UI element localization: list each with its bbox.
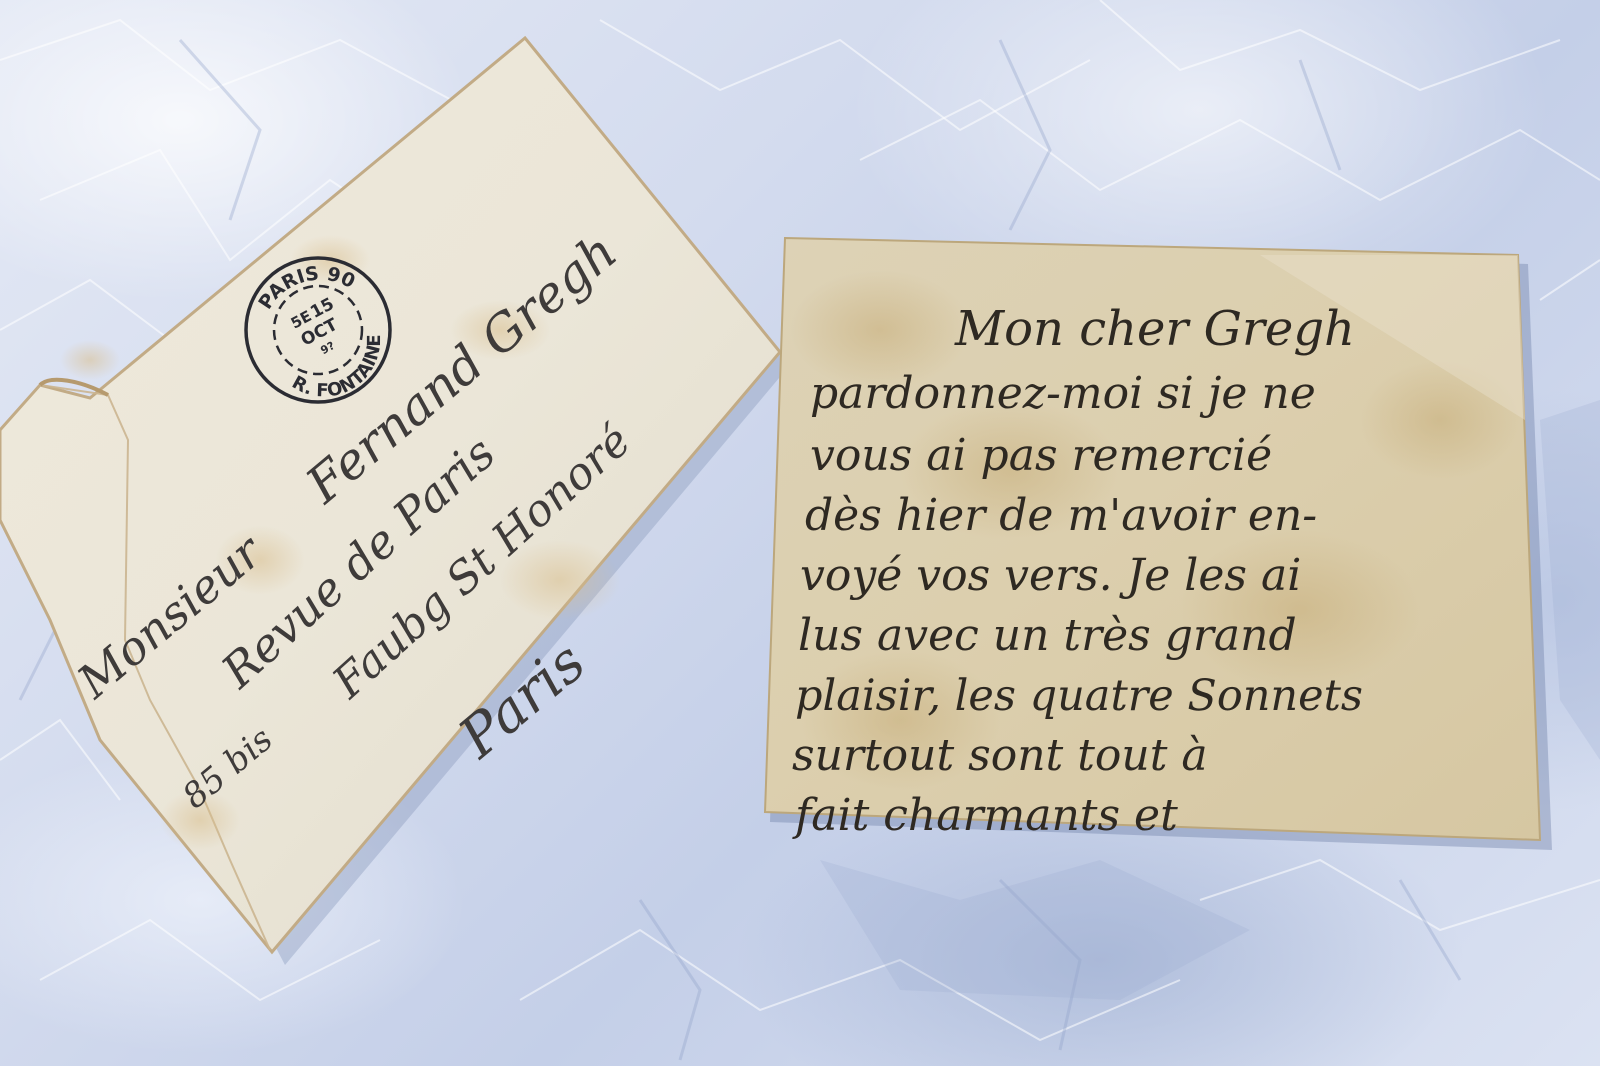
- card-line: voyé vos vers. Je les ai: [800, 550, 1301, 601]
- card-line: pardonnez-moi si je ne: [810, 368, 1316, 419]
- handwritten-card: Mon cher Gregh pardonnez-moi si je ne vo…: [0, 0, 1600, 1066]
- card-line: dès hier de m'avoir en-: [805, 490, 1317, 541]
- card-line: vous ai pas remercié: [810, 430, 1272, 481]
- card-line: Mon cher Gregh: [954, 301, 1355, 357]
- photo-scene: PARIS 90 R. FONTAINE 5E 15 OCT 9? Monsie…: [0, 0, 1600, 1066]
- card-line: plaisir, les quatre Sonnets: [795, 671, 1363, 721]
- card-line: lus avec un très grand: [798, 610, 1297, 661]
- card-line: fait charmants et: [792, 790, 1178, 841]
- card-line: surtout sont tout à: [792, 730, 1208, 781]
